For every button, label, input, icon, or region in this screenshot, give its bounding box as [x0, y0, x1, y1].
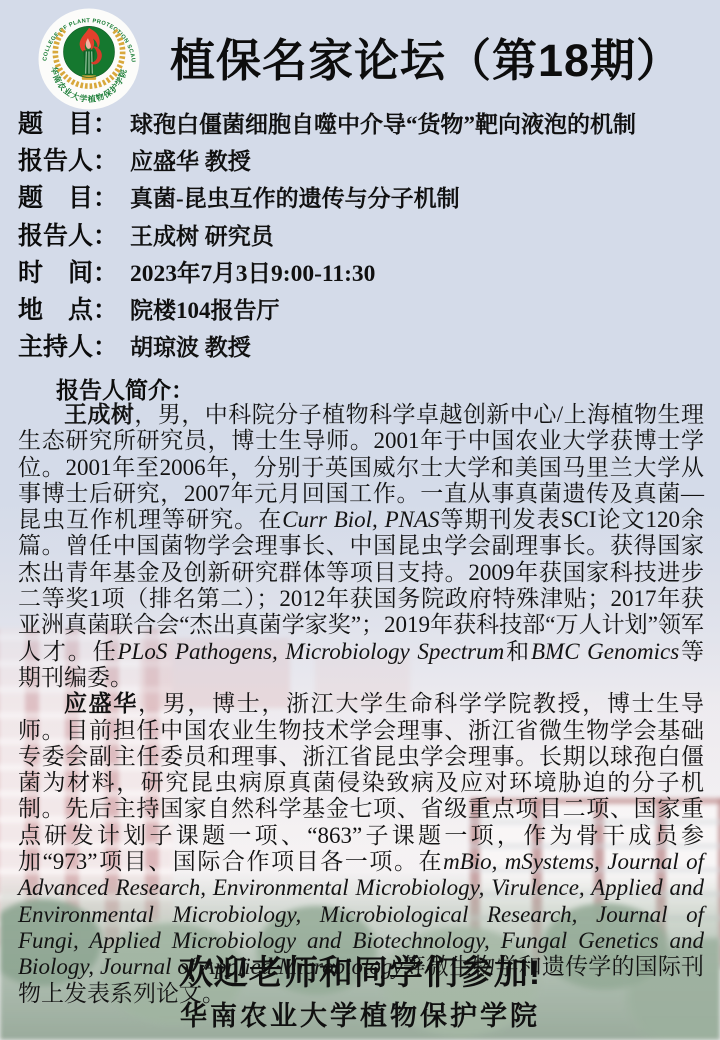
info-label: 主持人：: [18, 327, 130, 363]
bio-heading: 报告人简介：: [56, 372, 194, 405]
info-row-time: 时 间： 2023年7月3日9:00-11:30: [18, 253, 710, 290]
info-label: 报告人：: [18, 141, 130, 177]
info-row-speaker-2: 报告人： 王成树 研究员: [18, 216, 710, 253]
info-value: 应盛华 教授: [130, 143, 251, 176]
info-row-speaker-1: 报告人： 应盛华 教授: [18, 141, 710, 178]
info-value: 胡琼波 教授: [130, 329, 251, 362]
speaker-bios: 王成树，男，中科院分子植物科学卓越创新中心/上海植物生理生态研究所研究员，博士生…: [18, 402, 704, 1007]
info-label: 题 目：: [18, 178, 130, 214]
info-value: 王成树 研究员: [130, 218, 274, 251]
welcome-line: 欢迎老师和同学们参加!: [0, 945, 720, 994]
organization-line: 华南农业大学植物保护学院: [0, 994, 720, 1033]
poster-title: 植保名家论坛（第18期）: [148, 24, 704, 89]
info-value: 2023年7月3日9:00-11:30: [130, 254, 375, 288]
info-value: 院楼104报告厅: [130, 292, 280, 325]
seminar-info: 题 目： 球孢白僵菌细胞自噬中介导“货物”靶向液泡的机制 报告人： 应盛华 教授…: [18, 104, 710, 364]
info-label: 时 间：: [18, 253, 130, 289]
info-value: 球孢白僵菌细胞自噬中介导“货物”靶向液泡的机制: [130, 106, 636, 139]
bio-paragraph-wang-chengshu: 王成树，男，中科院分子植物科学卓越创新中心/上海植物生理生态研究所研究员，博士生…: [18, 402, 704, 691]
info-row-host: 主持人： 胡琼波 教授: [18, 327, 710, 364]
info-value: 真菌-昆虫互作的遗传与分子机制: [130, 180, 460, 213]
info-row-topic-2: 题 目： 真菌-昆虫互作的遗传与分子机制: [18, 178, 710, 215]
info-label: 题 目：: [18, 104, 130, 140]
poster-content: COLLEGE OF PLANT PROTECTION SCAU 华南农业大学植…: [0, 0, 720, 1040]
info-row-topic-1: 题 目： 球孢白僵菌细胞自噬中介导“货物”靶向液泡的机制: [18, 104, 710, 141]
seminar-poster: COLLEGE OF PLANT PROTECTION SCAU 华南农业大学植…: [0, 0, 720, 1040]
info-row-location: 地 点： 院楼104报告厅: [18, 290, 710, 327]
college-logo: COLLEGE OF PLANT PROTECTION SCAU 华南农业大学植…: [38, 8, 140, 110]
info-label: 报告人：: [18, 216, 130, 252]
info-label: 地 点：: [18, 290, 130, 326]
